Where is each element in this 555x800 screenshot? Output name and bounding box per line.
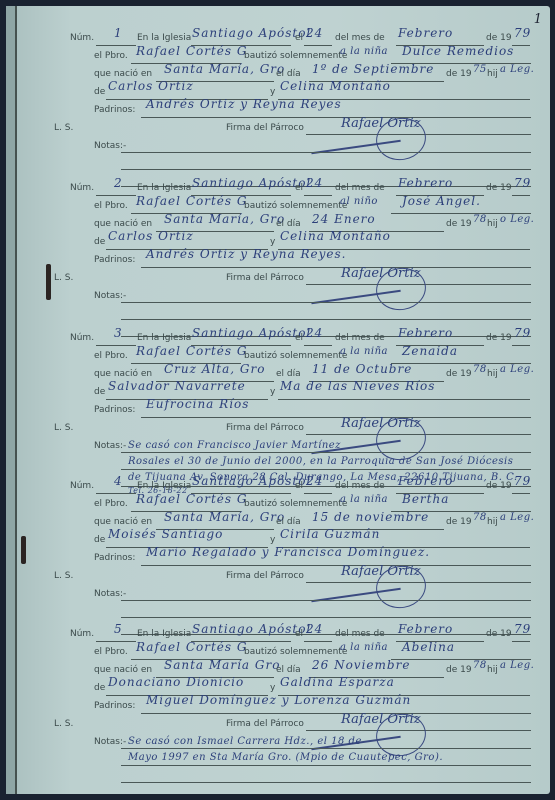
birthplace: Santa María, Gro <box>164 212 285 226</box>
child-article: a la niña <box>340 46 388 57</box>
baptism-year: 79 <box>514 474 531 488</box>
baptism-month: Febrero <box>398 474 453 488</box>
child-name: Dulce Remedios <box>402 44 514 58</box>
of-label: de <box>94 535 105 545</box>
godparents-names: Miguel Domínguez y Lorenza Guzmán <box>146 693 411 707</box>
child-prefix-label: hij <box>487 665 498 675</box>
day-label: el <box>295 629 303 639</box>
child-prefix-label: hij <box>487 69 498 79</box>
baptized-label: bautizó solemnemente <box>244 201 347 211</box>
birthplace: Santa María, Gro <box>164 62 285 76</box>
godparents-label: Padrinos: <box>94 553 135 563</box>
born-in-label: que nació en <box>94 69 152 79</box>
signature-label: Firma del Párroco <box>226 719 304 729</box>
notes-line: Se casó con Ismael Carrera Hdz., el 18 d… <box>128 736 362 747</box>
mother-name: Ma de las Nieves Ríos <box>280 379 435 393</box>
year-label: de 19 <box>486 183 512 193</box>
birthplace: Santa María, Gro <box>164 510 285 524</box>
of-label: de <box>94 387 105 397</box>
and-label: y <box>270 535 275 545</box>
father-name: Carlos Ortiz <box>108 229 194 243</box>
birth-year: 78 <box>473 364 487 375</box>
born-in-label: que nació en <box>94 665 152 675</box>
num-label: Núm. <box>70 629 94 639</box>
priest-name: Rafael Cortés G <box>136 44 247 58</box>
year-label: de 19 <box>486 481 512 491</box>
entry-number: 1 <box>114 26 123 40</box>
born-day-label: el día <box>276 517 301 527</box>
priest-label: el Pbro. <box>94 51 128 61</box>
child-prefix-label: hij <box>487 517 498 527</box>
church-label: En la Iglesia <box>137 333 191 343</box>
born-day-label: el día <box>276 665 301 675</box>
mother-name: Galdina Esparza <box>280 675 395 689</box>
notes-label: Notas:- <box>94 141 126 151</box>
year-label: de 19 <box>486 629 512 639</box>
entry-number: 5 <box>114 622 123 636</box>
birth-day: 11 de Octubre <box>312 362 412 376</box>
day-label: el <box>295 481 303 491</box>
baptism-day: 24 <box>306 622 323 636</box>
of-label: de <box>94 237 105 247</box>
baptism-month: Febrero <box>398 622 453 636</box>
notes-label: Notas:- <box>94 291 126 301</box>
priest-label: el Pbro. <box>94 351 128 361</box>
church-label: En la Iglesia <box>137 33 191 43</box>
legitimacy: a Leg. <box>500 512 534 523</box>
baptism-entry: Núm. 2 En la Iglesia Santiago Apóstol el… <box>6 168 550 318</box>
ls-label: L. S. <box>54 123 73 133</box>
birth-day: 15 de noviembre <box>312 510 429 524</box>
baptism-month: Febrero <box>398 326 453 340</box>
notes-label: Notas:- <box>94 589 126 599</box>
entry-number: 2 <box>114 176 123 190</box>
child-name: José Angel. <box>402 194 481 208</box>
baptized-label: bautizó solemnemente <box>244 51 347 61</box>
year-label: de 19 <box>486 33 512 43</box>
and-label: y <box>270 683 275 693</box>
legitimacy: a Leg. <box>500 660 534 671</box>
priest-name: Rafael Cortés G <box>136 492 247 506</box>
priest-label: el Pbro. <box>94 647 128 657</box>
priest-label: el Pbro. <box>94 499 128 509</box>
born-in-label: que nació en <box>94 369 152 379</box>
baptism-month: Febrero <box>398 26 453 40</box>
signature-label: Firma del Párroco <box>226 273 304 283</box>
mother-name: Celina Montaño <box>280 79 391 93</box>
and-label: y <box>270 237 275 247</box>
birth-day: 26 Noviembre <box>312 658 410 672</box>
father-name: Moisés Santiago <box>108 527 223 541</box>
birth-year-label: de 19 <box>446 69 472 79</box>
birthplace: Santa María Gro <box>164 658 280 672</box>
church-name: Santiago Apóstol <box>192 26 311 40</box>
church-name: Santiago Apóstol <box>192 474 311 488</box>
church-label: En la Iglesia <box>137 183 191 193</box>
baptism-day: 24 <box>306 326 323 340</box>
day-label: el <box>295 183 303 193</box>
born-day-label: el día <box>276 219 301 229</box>
child-prefix-label: hij <box>487 219 498 229</box>
godparents-names: Andrés Ortiz y Reyna Reyes <box>146 97 342 111</box>
of-label: de <box>94 683 105 693</box>
church-name: Santiago Apóstol <box>192 622 311 636</box>
born-in-label: que nació en <box>94 219 152 229</box>
ls-label: L. S. <box>54 719 73 729</box>
priest-name: Rafael Cortés G <box>136 344 247 358</box>
num-label: Núm. <box>70 33 94 43</box>
child-name: Zenaida <box>402 344 458 358</box>
baptism-year: 79 <box>514 26 531 40</box>
birth-year-label: de 19 <box>446 219 472 229</box>
child-article: a la niña <box>340 642 388 653</box>
birth-year: 78 <box>473 512 487 523</box>
and-label: y <box>270 87 275 97</box>
birth-day: 1º de Septiembre <box>312 62 434 76</box>
child-name: Bertha <box>402 492 449 506</box>
of-label: de <box>94 87 105 97</box>
birthplace: Cruz Alta, Gro <box>164 362 265 376</box>
baptism-entry: Núm. 4 En la Iglesia Santiago Apóstol el… <box>6 466 550 616</box>
entry-number: 4 <box>114 474 123 488</box>
notes-label: Notas:- <box>94 441 126 451</box>
baptism-day: 24 <box>306 474 323 488</box>
month-label: del mes de <box>335 333 385 343</box>
year-label: de 19 <box>486 333 512 343</box>
godparents-label: Padrinos: <box>94 255 135 265</box>
baptism-entry: Núm. 3 En la Iglesia Santiago Apóstol el… <box>6 318 550 468</box>
legitimacy: a Leg. <box>500 364 534 375</box>
birth-year-label: de 19 <box>446 517 472 527</box>
baptism-year: 79 <box>514 176 531 190</box>
baptism-day: 24 <box>306 176 323 190</box>
godparents-label: Padrinos: <box>94 405 135 415</box>
signature-label: Firma del Párroco <box>226 123 304 133</box>
child-article: a la niña <box>340 346 388 357</box>
month-label: del mes de <box>335 481 385 491</box>
day-label: el <box>295 333 303 343</box>
birth-year: 78 <box>473 214 487 225</box>
birth-year: 75 <box>473 64 487 75</box>
father-name: Carlos Ortiz <box>108 79 194 93</box>
baptized-label: bautizó solemnemente <box>244 647 347 657</box>
ls-label: L. S. <box>54 423 73 433</box>
num-label: Núm. <box>70 481 94 491</box>
birth-year-label: de 19 <box>446 369 472 379</box>
notes-label: Notas:- <box>94 737 126 747</box>
child-prefix-label: hij <box>487 369 498 379</box>
birth-year-label: de 19 <box>446 665 472 675</box>
church-name: Santiago Apóstol <box>192 326 311 340</box>
church-label: En la Iglesia <box>137 481 191 491</box>
born-day-label: el día <box>276 69 301 79</box>
legitimacy: o Leg. <box>500 214 534 225</box>
baptism-entry: Núm. 5 En la Iglesia Santiago Apóstol el… <box>6 614 550 764</box>
priest-name: Rafael Cortés G <box>136 194 247 208</box>
godparents-names: Eufrocina Ríos <box>146 397 249 411</box>
godparents-names: Andrés Ortiz y Reyna Reyes. <box>146 247 346 261</box>
month-label: del mes de <box>335 183 385 193</box>
born-day-label: el día <box>276 369 301 379</box>
godparents-label: Padrinos: <box>94 105 135 115</box>
day-label: el <box>295 33 303 43</box>
register-page: 1 Núm. 1 En la Iglesia Santiago Apóstol … <box>6 6 550 794</box>
baptism-entry: Núm. 1 En la Iglesia Santiago Apóstol el… <box>6 18 550 168</box>
num-label: Núm. <box>70 333 94 343</box>
signature-label: Firma del Párroco <box>226 571 304 581</box>
baptism-year: 79 <box>514 622 531 636</box>
signature-label: Firma del Párroco <box>226 423 304 433</box>
child-article: a la niña <box>340 494 388 505</box>
num-label: Núm. <box>70 183 94 193</box>
child-article: al niño <box>340 196 378 207</box>
born-in-label: que nació en <box>94 517 152 527</box>
birth-year: 78 <box>473 660 487 671</box>
month-label: del mes de <box>335 33 385 43</box>
notes-line: Mayo 1997 en Sta María Gro. (Mpio de Cua… <box>128 752 443 763</box>
priest-name: Rafael Cortés G <box>136 640 247 654</box>
godparents-label: Padrinos: <box>94 701 135 711</box>
baptism-year: 79 <box>514 326 531 340</box>
child-name: Abelina <box>402 640 455 654</box>
legitimacy: a Leg. <box>500 64 534 75</box>
mother-name: Cirila Guzmán <box>280 527 380 541</box>
baptism-month: Febrero <box>398 176 453 190</box>
ls-label: L. S. <box>54 571 73 581</box>
church-label: En la Iglesia <box>137 629 191 639</box>
godparents-names: Mario Regalado y Francisca Domínguez. <box>146 545 430 559</box>
father-name: Donaciano Dionicio <box>108 675 244 689</box>
ls-label: L. S. <box>54 273 73 283</box>
baptized-label: bautizó solemnemente <box>244 499 347 509</box>
notes-line: Se casó con Francisco Javier Martínez <box>128 440 341 451</box>
month-label: del mes de <box>335 629 385 639</box>
church-name: Santiago Apóstol <box>192 176 311 190</box>
and-label: y <box>270 387 275 397</box>
priest-label: el Pbro. <box>94 201 128 211</box>
father-name: Salvador Navarrete <box>108 379 246 393</box>
baptism-day: 24 <box>306 26 323 40</box>
baptized-label: bautizó solemnemente <box>244 351 347 361</box>
birth-day: 24 Enero <box>312 212 376 226</box>
mother-name: Celina Montaño <box>280 229 391 243</box>
entry-number: 3 <box>114 326 123 340</box>
